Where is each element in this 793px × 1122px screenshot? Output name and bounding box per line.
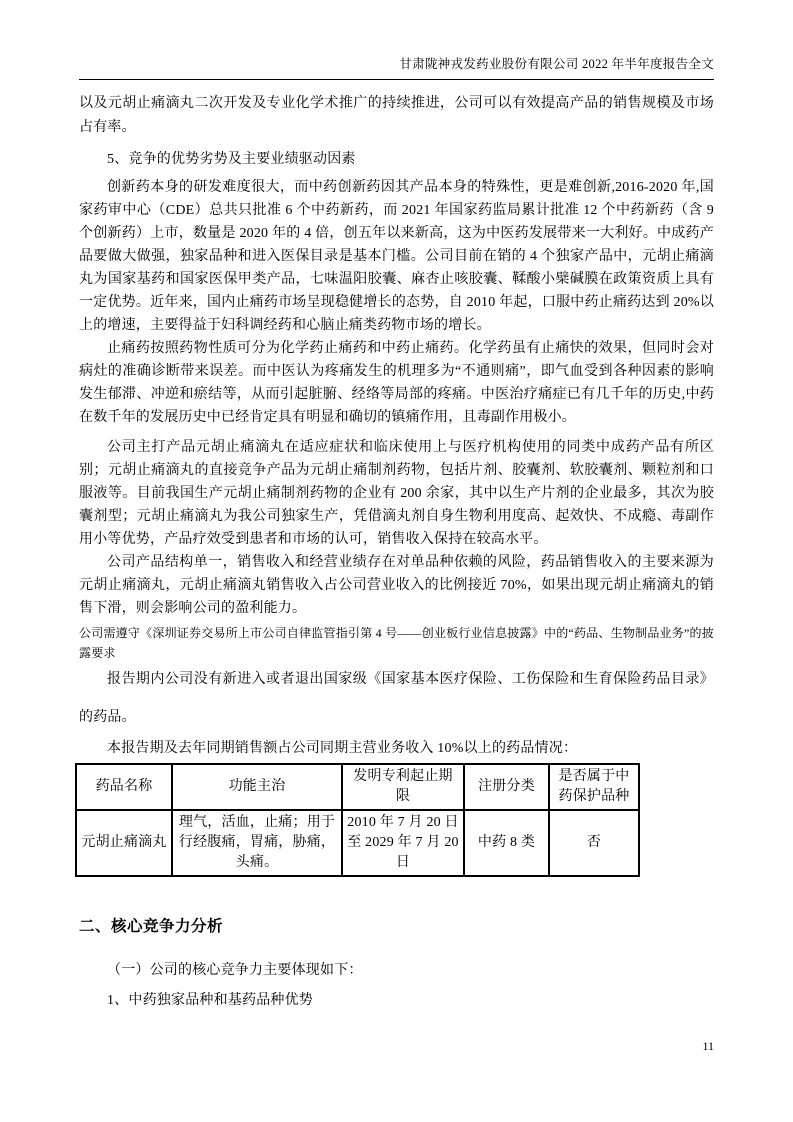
col-header-tcm-protection: 是否属于中药保护品种	[549, 764, 639, 810]
para-continued: 以及元胡止痛滴丸二次开发及专业化学术推广的持续推进，公司可以有效提高产品的销售规…	[79, 92, 714, 140]
para-innovation-drugs: 创新药本身的研发难度很大，而中药创新药因其产品本身的特殊性，更是难创新,2016…	[79, 176, 714, 337]
para-painkiller-classification: 止痛药按照药物性质可分为化学药止痛药和中药止痛药。化学药虽有止痛快的效果，但同时…	[79, 337, 714, 429]
heading-competition-factors: 5、竞争的优势劣势及主要业绩驱动因素	[79, 148, 714, 172]
cell-registration-class: 中药 8 类	[464, 810, 549, 876]
table-header-row: 药品名称 功能主治 发明专利起止期限 注册分类 是否属于中药保护品种	[76, 764, 639, 810]
cell-tcm-protection: 否	[549, 810, 639, 876]
col-header-registration-class: 注册分类	[464, 764, 549, 810]
subheading-core-list: （一）公司的核心竞争力主要体现如下：	[79, 959, 714, 983]
col-header-drug-name: 药品名称	[76, 764, 172, 810]
page-header: 甘肃陇神戎发药业股份有限公司 2022 年半年度报告全文	[79, 56, 714, 80]
subheading-exclusive-varieties: 1、中药独家品种和基药品种优势	[79, 989, 714, 1013]
drug-info-table: 药品名称 功能主治 发明专利起止期限 注册分类 是否属于中药保护品种 元胡止痛滴…	[75, 763, 640, 877]
report-page: 甘肃陇神戎发药业股份有限公司 2022 年半年度报告全文 以及元胡止痛滴丸二次开…	[0, 0, 793, 1122]
para-disclosure-requirement: 公司需遵守《深圳证券交易所上市公司自律监管指引第 4 号——创业板行业信息披露》…	[79, 623, 714, 663]
heading-core-competitiveness: 二、核心竞争力分析	[79, 915, 714, 939]
col-header-indications: 功能主治	[172, 764, 342, 810]
para-insurance-catalog: 报告期内公司没有新进入或者退出国家级《国家基本医疗保险、工伤保险和生育保险药品目…	[79, 661, 714, 737]
table-row: 元胡止痛滴丸 理气，活血，止痛；用于行经腹痛，胃痛，胁痛，头痛。 2010 年 …	[76, 810, 639, 876]
page-number: 11	[702, 1038, 714, 1054]
para-table-intro: 本报告期及去年同期销售额占公司同期主营业务收入 10%以上的药品情况：	[79, 737, 714, 761]
col-header-patent-term: 发明专利起止期限	[342, 764, 464, 810]
cell-indications: 理气，活血，止痛；用于行经腹痛，胃痛，胁痛，头痛。	[172, 810, 342, 876]
header-title: 甘肃陇神戎发药业股份有限公司 2022 年半年度报告全文	[79, 56, 714, 73]
header-rule	[79, 79, 714, 80]
para-main-product: 公司主打产品元胡止痛滴丸在适应症状和临床使用上与医疗机构使用的同类中成药产品有所…	[79, 436, 714, 551]
cell-patent-term: 2010 年 7 月 20 日至 2029 年 7 月 20 日	[342, 810, 464, 876]
para-product-structure-risk: 公司产品结构单一，销售收入和经营业绩存在对单品种依赖的风险，药品销售收入的主要来…	[79, 551, 714, 620]
cell-drug-name: 元胡止痛滴丸	[76, 810, 172, 876]
